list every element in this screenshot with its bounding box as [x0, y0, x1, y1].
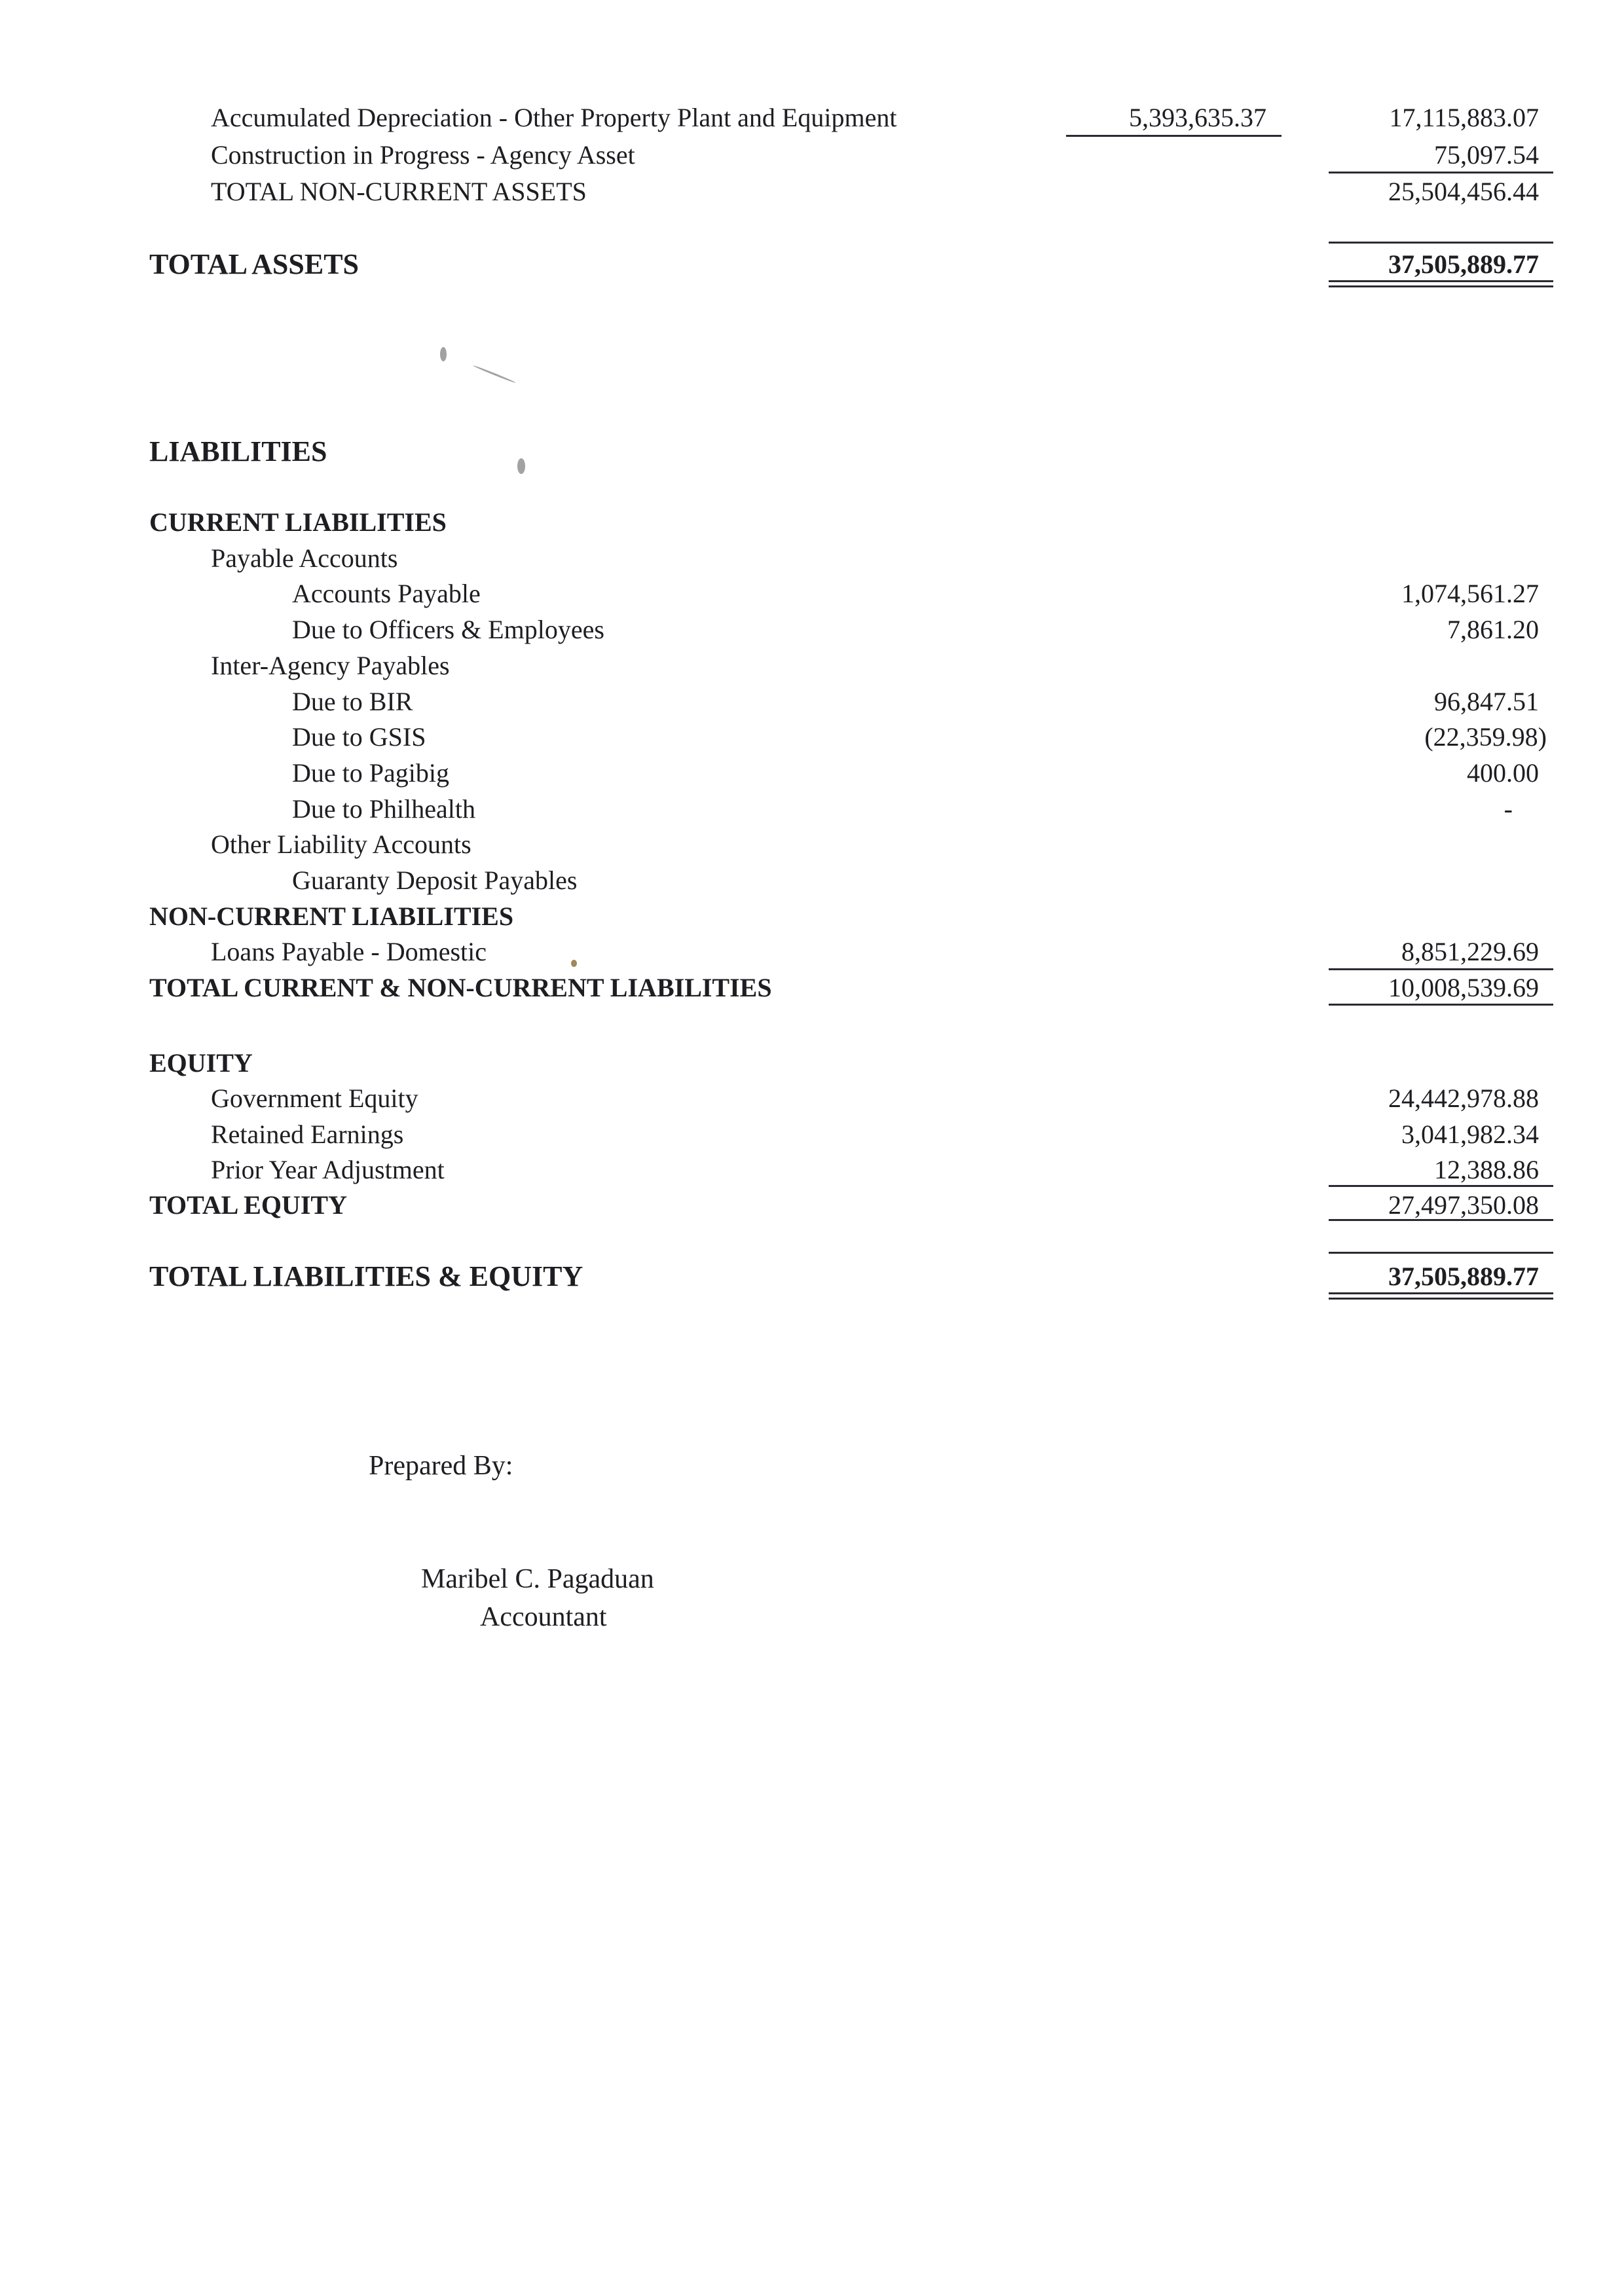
prepared-by-label: Prepared By:: [369, 1450, 513, 1482]
line-label: Construction in Progress - Agency Asset: [211, 137, 635, 173]
line-label: Government Equity: [211, 1080, 418, 1117]
line-amount: 8,851,229.69: [1401, 934, 1539, 970]
line-amount: 3,041,982.34: [1401, 1116, 1539, 1153]
row-group-inter-agency: Inter-Agency Payables: [0, 647, 1624, 684]
line-label: Loans Payable - Domestic: [211, 934, 487, 970]
line-amount: -: [1504, 791, 1513, 828]
row-loans-payable: Loans Payable - Domestic 8,851,229.69: [0, 934, 1624, 970]
row-total-assets: TOTAL ASSETS 37,505,889.77: [0, 246, 1624, 283]
line-amount: (22,359.98): [1424, 719, 1547, 756]
line-amount: 17,115,883.07: [1389, 100, 1539, 136]
underline-total: [1329, 1219, 1553, 1221]
row-non-current-liabilities: NON-CURRENT LIABILITIES: [0, 898, 1624, 935]
row-group-other-liability: Other Liability Accounts: [0, 826, 1624, 863]
row-group-payable-accounts: Payable Accounts: [0, 540, 1624, 577]
row-total-liabilities-equity: TOTAL LIABILITIES & EQUITY 37,505,889.77: [0, 1258, 1624, 1295]
line-label: Prior Year Adjustment: [211, 1152, 445, 1188]
subsection-heading: NON-CURRENT LIABILITIES: [149, 898, 513, 935]
row-construction-in-progress: Construction in Progress - Agency Asset …: [0, 137, 1624, 173]
signatory-name: Maribel C. Pagaduan: [421, 1563, 654, 1595]
row-prior-year-adjustment: Prior Year Adjustment 12,388.86: [0, 1152, 1624, 1188]
row-guaranty-deposit: Guaranty Deposit Payables: [0, 862, 1624, 899]
line-amount: 7,861.20: [1447, 611, 1539, 648]
line-amount: 400.00: [1467, 755, 1539, 792]
row-government-equity: Government Equity 24,442,978.88: [0, 1080, 1624, 1117]
line-label: Accounts Payable: [292, 575, 481, 612]
line-amount: 25,504,456.44: [1388, 173, 1539, 210]
group-label: Other Liability Accounts: [211, 826, 471, 863]
section-heading: LIABILITIES: [149, 433, 327, 470]
row-equity-heading: EQUITY: [0, 1045, 1624, 1082]
line-label: Due to Officers & Employees: [292, 611, 604, 648]
row-due-philhealth: Due to Philhealth -: [0, 791, 1624, 828]
grand-total-label: TOTAL LIABILITIES & EQUITY: [149, 1258, 583, 1295]
subsection-heading: CURRENT LIABILITIES: [149, 504, 447, 541]
total-liabilities-amount: 10,008,539.69: [1388, 970, 1539, 1006]
total-assets-amount: 37,505,889.77: [1388, 246, 1539, 283]
overline-grand-total: [1329, 1252, 1553, 1254]
total-equity-amount: 27,497,350.08: [1388, 1187, 1539, 1224]
line-amount: 1,074,561.27: [1401, 575, 1539, 612]
overline-total-assets: [1329, 242, 1553, 244]
double-underline-1: [1329, 280, 1553, 282]
row-current-liabilities: CURRENT LIABILITIES: [0, 504, 1624, 541]
row-liabilities-heading: LIABILITIES: [0, 433, 1624, 470]
row-due-bir: Due to BIR 96,847.51: [0, 683, 1624, 720]
row-total-liabilities: TOTAL CURRENT & NON-CURRENT LIABILITIES …: [0, 970, 1624, 1006]
row-accumulated-depreciation: Accumulated Depreciation - Other Propert…: [0, 100, 1624, 136]
line-label: Due to BIR: [292, 683, 413, 720]
signatory-title: Accountant: [480, 1601, 607, 1633]
line-label: Due to Pagibig: [292, 755, 449, 792]
line-label: TOTAL NON-CURRENT ASSETS: [211, 173, 587, 210]
row-retained-earnings: Retained Earnings 3,041,982.34: [0, 1116, 1624, 1153]
row-due-officers: Due to Officers & Employees 7,861.20: [0, 611, 1624, 648]
line-amount: 75,097.54: [1434, 137, 1539, 173]
underline-total: [1329, 1004, 1553, 1006]
line-amount: 24,442,978.88: [1388, 1080, 1539, 1117]
line-label: Accumulated Depreciation - Other Propert…: [211, 100, 896, 136]
line-amount: 96,847.51: [1434, 683, 1539, 720]
section-heading: EQUITY: [149, 1045, 253, 1082]
row-total-non-current-assets: TOTAL NON-CURRENT ASSETS 25,504,456.44: [0, 173, 1624, 210]
total-equity-label: TOTAL EQUITY: [149, 1187, 347, 1224]
group-label: Payable Accounts: [211, 540, 398, 577]
line-mid-amount: 5,393,635.37: [1129, 100, 1266, 136]
grand-total-amount: 37,505,889.77: [1388, 1258, 1539, 1295]
row-total-equity: TOTAL EQUITY 27,497,350.08: [0, 1187, 1624, 1224]
total-assets-label: TOTAL ASSETS: [149, 246, 359, 283]
total-liabilities-label: TOTAL CURRENT & NON-CURRENT LIABILITIES: [149, 970, 772, 1006]
row-due-pagibig: Due to Pagibig 400.00: [0, 755, 1624, 792]
row-due-gsis: Due to GSIS (22,359.98): [0, 719, 1624, 756]
row-accounts-payable: Accounts Payable 1,074,561.27: [0, 575, 1624, 612]
line-label: Due to GSIS: [292, 719, 426, 756]
line-amount: 12,388.86: [1434, 1152, 1539, 1188]
line-label: Guaranty Deposit Payables: [292, 862, 577, 899]
scan-mark: [473, 365, 516, 384]
double-underline-2: [1329, 1298, 1553, 1300]
group-label: Inter-Agency Payables: [211, 647, 450, 684]
double-underline-1: [1329, 1292, 1553, 1294]
scan-mark: [440, 347, 447, 361]
line-label: Due to Philhealth: [292, 791, 475, 828]
double-underline-2: [1329, 285, 1553, 287]
line-label: Retained Earnings: [211, 1116, 403, 1153]
